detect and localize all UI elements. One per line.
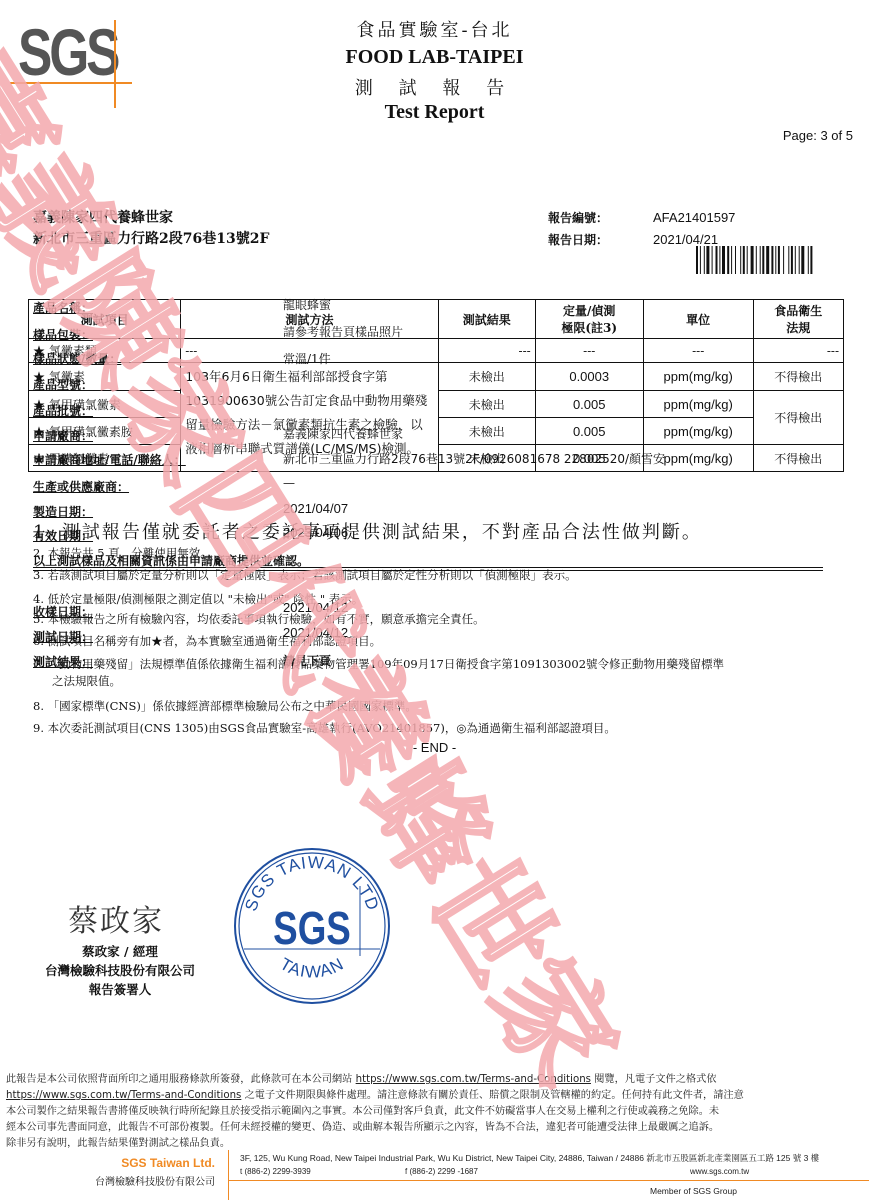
stamp-ring-bottom: TAIWAN bbox=[277, 954, 347, 981]
packaging-label: 樣品包裝： bbox=[33, 326, 93, 343]
result-cell: 未檢出 bbox=[438, 363, 535, 391]
header-result: 測試結果 bbox=[438, 300, 535, 339]
barcode bbox=[696, 246, 856, 274]
note-3: 3. 若該測試項目屬於定量分析則以「定量極限」表示；若該測試項目屬於定性分析則以… bbox=[33, 567, 577, 583]
table-header-row: 測試項目 測試方法 測試結果 定量/偵測 極限(註3) 單位 食品衛生 法規 bbox=[29, 300, 844, 339]
footer-company-cn: 台灣檢驗科技股份有限公司 bbox=[70, 1173, 215, 1188]
regulation-cell: 不得檢出 bbox=[753, 363, 843, 391]
footer-address: 3F, 125, Wu Kung Road, New Taipei Indust… bbox=[240, 1152, 819, 1164]
limit-cell: 0.005 bbox=[535, 418, 643, 445]
packaging-value: 請參考報告頁樣品照片 bbox=[283, 323, 403, 340]
terms-link[interactable]: https://www.sgs.com.tw/Terms-and-Conditi… bbox=[6, 1090, 241, 1101]
footer-divider-h bbox=[228, 1180, 869, 1181]
lab-name-en: FOOD LAB-TAIPEI bbox=[0, 46, 869, 69]
disclaimer-text: 除非另有說明，此報告結果僅對測試之樣品負責。 bbox=[6, 1136, 862, 1152]
report-title-cn: 測 試 報 告 bbox=[0, 74, 869, 100]
disclaimer: 此報告是本公司依照背面所印之通用服務條款所簽發，此條款可在本公司網站 https… bbox=[6, 1072, 862, 1152]
result-cell: --- bbox=[438, 339, 535, 363]
report-number: AFA21401597 bbox=[653, 210, 735, 225]
disclaimer-text: 經本公司事先書面同意，此報告不可部份複製。任何未經授權的變更、偽造、或曲解本報告… bbox=[6, 1120, 862, 1136]
unit-cell: ppm(mg/kg) bbox=[643, 391, 753, 418]
product-batch-label: 產品批號： bbox=[33, 402, 93, 419]
results-table: 測試項目 測試方法 測試結果 定量/偵測 極限(註3) 單位 食品衛生 法規 ★… bbox=[28, 299, 844, 472]
disclaimer-text: 本公司製作之結果報告書將僅反映執行時所紀錄且於接受指示範圍內之事實。本公司僅對客… bbox=[6, 1104, 862, 1120]
footer-company-en: SGS Taiwan Ltd. bbox=[70, 1156, 215, 1170]
product-name: 龍眼蜂蜜 bbox=[283, 296, 331, 313]
report-date-label: 報告日期： bbox=[548, 230, 653, 251]
result-cell: 未檢出 bbox=[438, 418, 535, 445]
header-limit: 定量/偵測 極限(註3) bbox=[535, 300, 643, 339]
applicant-address: 新北市三重區力行路2段76巷13號2F/0926081678 22802520/… bbox=[283, 450, 665, 467]
note-8: 8. 「國家標準(CNS)」係依據經濟部標準檢驗局公布之中華民國國家標準。 bbox=[33, 698, 417, 714]
client-name: 嘉義陳家四代養蜂世家 bbox=[33, 208, 269, 229]
sample-state-label: 樣品狀態/數量： bbox=[33, 350, 121, 367]
client-block: 嘉義陳家四代養蜂世家 新北市三重區力行路2段76巷13號2F bbox=[33, 208, 269, 250]
signatory-name-title: 蔡政家 / 經理 bbox=[0, 942, 240, 961]
footer-divider-v bbox=[228, 1150, 229, 1200]
table-row: ★ 氯黴素 103年6月6日衛生福利部部授食字第1031900630號公告訂定食… bbox=[29, 363, 844, 391]
unit-cell: ppm(mg/kg) bbox=[643, 363, 753, 391]
limit-cell: --- bbox=[535, 339, 643, 363]
report-date: 2021/04/21 bbox=[653, 232, 718, 247]
regulation-cell: --- bbox=[753, 339, 843, 363]
supplier: — bbox=[283, 476, 295, 490]
note-9: 9. 本次委託測試項目(CNS 1305)由SGS食品實驗室-高雄執行(AVO2… bbox=[33, 720, 616, 736]
regulation-cell: 不得檢出 bbox=[753, 445, 843, 472]
unit-cell: ppm(mg/kg) bbox=[643, 418, 753, 445]
supplier-label: 生產或供應廠商： bbox=[33, 478, 129, 495]
product-model-label: 產品型號： bbox=[33, 376, 93, 393]
note-4: 4. 低於定量極限/偵測極限之測定值以 "未檢出"或" 陰性 " 表示。 bbox=[33, 591, 363, 607]
disclaimer-text: 此報告是本公司依照背面所印之通用服務條款所簽發，此條款可在本公司網站 bbox=[6, 1074, 356, 1085]
note-6: 6. 測試項目名稱旁有加★者，為本實驗室通過衛生福利部認證項目。 bbox=[33, 633, 381, 649]
applicant: 嘉義陳家四代養蜂世家 bbox=[283, 425, 403, 442]
limit-cell: 0.0003 bbox=[535, 363, 643, 391]
disclaimer-text: 閱覽，凡電子文件之格式依 bbox=[591, 1074, 717, 1085]
footer-website[interactable]: www.sgs.com.tw bbox=[690, 1167, 749, 1176]
unit-cell: --- bbox=[643, 339, 753, 363]
header-regulation: 食品衛生 法規 bbox=[753, 300, 843, 339]
sgs-taiwan-stamp: SGS TAIWAN LTD SGS TAIWAN bbox=[232, 846, 392, 1006]
signatory-block: 蔡政家 / 經理 台灣檢驗科技股份有限公司 報告簽署人 bbox=[0, 942, 240, 999]
note-5: 5. 本檢驗報告之所有檢驗內容，均依委託事項執行檢驗，如有不實，願意承擔完全責任… bbox=[33, 611, 485, 627]
svg-text:TAIWAN: TAIWAN bbox=[277, 954, 347, 981]
signatory-company: 台灣檢驗科技股份有限公司 bbox=[0, 961, 240, 980]
footer-tel: t (886-2) 2299-3939 bbox=[240, 1167, 311, 1176]
table-row: ★ 氯黴素類 --- --- --- --- --- bbox=[29, 339, 844, 363]
mfg-date: 2021/04/07 bbox=[283, 501, 348, 516]
signatory-role: 報告簽署人 bbox=[0, 980, 240, 999]
note-1: 1. 測試報告僅就委託者之委託事項提供測試結果，不對產品合法性做判斷。 bbox=[33, 518, 702, 544]
report-title-en: Test Report bbox=[0, 101, 869, 124]
product-name-label: 產品名稱： bbox=[33, 299, 93, 316]
limit-cell: 0.005 bbox=[535, 391, 643, 418]
footer-fax: f (886-2) 2299 -1687 bbox=[405, 1167, 478, 1176]
result-cell: 未檢出 bbox=[438, 391, 535, 418]
footer-member: Member of SGS Group bbox=[650, 1186, 737, 1196]
report-meta: 報告編號：AFA21401597 報告日期：2021/04/21 bbox=[548, 207, 735, 251]
end-mark: - END - bbox=[0, 740, 869, 755]
regulation-cell: 不得檢出 bbox=[753, 391, 843, 445]
handwritten-signature: 蔡政家 bbox=[68, 896, 164, 940]
client-address: 新北市三重區力行路2段76巷13號2F bbox=[33, 229, 269, 250]
note-2: 2. 本報告共 5 頁，分離使用無效。 bbox=[33, 545, 212, 561]
lab-name-cn: 食品實驗室-台北 bbox=[0, 16, 869, 42]
note-7-cont: 之法規限值。 bbox=[52, 673, 121, 689]
note-7: 7. 「動物用藥殘留」法規標準值係依據衛生福利部食品藥物管理署109年09月17… bbox=[33, 656, 724, 672]
stamp-center: SGS bbox=[273, 902, 351, 954]
header-unit: 單位 bbox=[643, 300, 753, 339]
report-number-label: 報告編號： bbox=[548, 208, 653, 229]
applicant-address-label: 申請廠商地址/電話/聯絡人： bbox=[33, 451, 186, 468]
page-number: Page: 3 of 5 bbox=[783, 128, 853, 143]
footer-company: SGS Taiwan Ltd. 台灣檢驗科技股份有限公司 bbox=[70, 1156, 215, 1188]
applicant-label: 申請廠商： bbox=[33, 427, 93, 444]
disclaimer-text: 之電子文件期限與條件處理。請注意條款有關於責任、賠償之限制及管轄權的約定。任何持… bbox=[241, 1090, 743, 1101]
terms-link[interactable]: https://www.sgs.com.tw/Terms-and-Conditi… bbox=[356, 1074, 591, 1085]
sample-state: 常溫/1件 bbox=[283, 350, 331, 367]
